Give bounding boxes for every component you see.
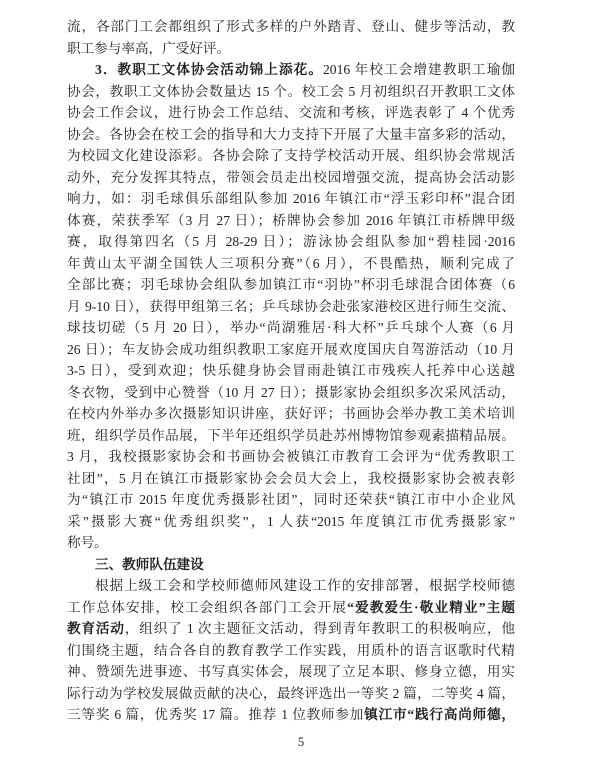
text-line: 26 日）；车友协会成功组织教职工家庭开展欢度国庆自驾游活动（10 月	[67, 339, 515, 361]
text-line: 赛，取得第四名（5 月 28-29 日）；游泳协会组队参加“碧桂园·2016	[67, 231, 515, 253]
text-segment: 年黄山太平湖全国铁人三项积分赛”（6 月），不畏酷热，顺利完成了	[67, 256, 515, 271]
text-line: 协会。各协会在校工会的指导和大力支持下开展了大量丰富多彩的活动，	[67, 124, 515, 146]
text-segment: 们围绕主题，结合各自的教育教学工作实践，用质朴的语言讴歌时代精	[67, 643, 515, 658]
text-line: 三等奖 6 篇，优秀奖 17 篇。推荐 1 位教师参加镇江市“践行高尚师德，	[67, 704, 515, 726]
text-line: 流，各部门工会都组织了形式多样的户外踏青、登山、健步等活动，教	[67, 16, 515, 38]
text-segment: 根据上级工会和学校师德师风建设工作的安排部署，根据学校师德	[95, 578, 515, 593]
text-segment: 职工参与率高，广受好评。	[67, 41, 230, 56]
text-segment: ，组织了 1 次主题征文活动，得到青年教职工的积极响应，他	[125, 621, 515, 636]
text-segment: 赛，取得第四名（5 月 28-29 日）；游泳协会组队参加“碧桂园·2016	[67, 234, 515, 249]
text-segment: 工作总体安排，校工会组织各部门工会开展	[67, 600, 347, 615]
text-line: 为“镇江市 2015 年度优秀摄影社团”，同时还荣获“镇江市中小企业风	[67, 489, 515, 511]
text-line: 在校内外举办多次摄影知识讲座，获好评；书画协会举办教工美术培训	[67, 403, 515, 425]
text-line: 协会工作会议，进行协会工作总结、交流和考核，评选表彰了 4 个优秀	[67, 102, 515, 124]
text-segment: 为校园文化建设添彩。各协会除了支持学校活动开展、组织协会常规活	[67, 148, 515, 163]
text-segment: 协会，教职工文体协会数量达 15 个。校工会 5 月初组织召开教职工文体	[67, 84, 515, 99]
document-body: 流，各部门工会都组织了形式多样的户外踏青、登山、健步等活动，教职工参与率高，广受…	[67, 16, 515, 726]
text-line: 协会，教职工文体协会数量达 15 个。校工会 5 月初组织召开教职工文体	[67, 81, 515, 103]
text-segment: 冬衣物，受到中心赞誉（10 月 27 日）；摄影家协会组织多次采风活动，	[67, 385, 515, 400]
text-segment: 协会工作会议，进行协会工作总结、交流和考核，评选表彰了 4 个优秀	[67, 105, 515, 120]
text-segment: 26 日）；车友协会成功组织教职工家庭开展欢度国庆自驾游活动（10 月	[67, 342, 515, 357]
bold-text-segment: 三、教师队伍建设	[95, 557, 204, 572]
text-line: 际行动为学校发展做贡献的决心，最终评选出一等奖 2 篇，二等奖 4 篇，	[67, 683, 515, 705]
text-line: 3 月，我校摄影家协会和书画协会被镇江市教育工会评为“优秀教职工	[67, 446, 515, 468]
text-line: 全部比赛；羽毛球协会组队参加镇江市“羽协”杯羽毛球混合团体赛（6	[67, 274, 515, 296]
text-segment: 3 月，我校摄影家协会和书画协会被镇江市教育工会评为“优秀教职工	[67, 449, 515, 464]
text-line: 们围绕主题，结合各自的教育教学工作实践，用质朴的语言讴歌时代精	[67, 640, 515, 662]
page-number: 5	[0, 735, 602, 750]
text-line: 工作总体安排，校工会组织各部门工会开展“爱教爱生·敬业精业”主题	[67, 597, 515, 619]
text-segment: 神、赞颂先进事迹、书写真实体会，展现了立足本职、修身立德，用实	[67, 664, 515, 679]
text-line: 3-5 日），受到欢迎；快乐健身协会冒雨赴镇江市残疾人托养中心送越	[67, 360, 515, 382]
text-line: 班，组织学员作品展，下半年还组织学员赴苏州博物馆参观素描精品展。	[67, 425, 515, 447]
text-segment: 采”摄影大赛“优秀组织奖”，1 人获“2015 年度镇江市优秀摄影家”	[67, 514, 515, 529]
text-segment: 际行动为学校发展做贡献的决心，最终评选出一等奖 2 篇，二等奖 4 篇，	[67, 686, 515, 701]
text-segment: 全部比赛；羽毛球协会组队参加镇江市“羽协”杯羽毛球混合团体赛（6	[67, 277, 515, 292]
text-line: 教育活动，组织了 1 次主题征文活动，得到青年教职工的积极响应，他	[67, 618, 515, 640]
text-segment: 动外，充分发挥其特点，带领会员走出校园增强交流，提高协会活动影	[67, 170, 515, 185]
text-line: 响力，如：羽毛球俱乐部组队参加 2016 年镇江市“浮玉彩印杯”混合团	[67, 188, 515, 210]
text-segment: 协会。各协会在校工会的指导和大力支持下开展了大量丰富多彩的活动，	[67, 127, 515, 142]
text-segment: 班，组织学员作品展，下半年还组织学员赴苏州博物馆参观素描精品展。	[67, 428, 515, 443]
text-line: 球技切磋（5 月 20 日），举办“尚湖雅居·科大杯”乒乓球个人赛（6 月	[67, 317, 515, 339]
text-segment: 球技切磋（5 月 20 日），举办“尚湖雅居·科大杯”乒乓球个人赛（6 月	[67, 320, 515, 335]
text-line: 神、赞颂先进事迹、书写真实体会，展现了立足本职、修身立德，用实	[67, 661, 515, 683]
text-segment: 3-5 日），受到欢迎；快乐健身协会冒雨赴镇江市残疾人托养中心送越	[67, 363, 515, 378]
text-segment: 在校内外举办多次摄影知识讲座，获好评；书画协会举办教工美术培训	[67, 406, 515, 421]
text-line: 采”摄影大赛“优秀组织奖”，1 人获“2015 年度镇江市优秀摄影家”	[67, 511, 515, 533]
text-line: 动外，充分发挥其特点，带领会员走出校园增强交流，提高协会活动影	[67, 167, 515, 189]
text-line: 月 9-10 日），获得甲组第三名；乒乓球协会赴张家港校区进行师生交流、	[67, 296, 515, 318]
text-line: 为校园文化建设添彩。各协会除了支持学校活动开展、组织协会常规活	[67, 145, 515, 167]
text-segment: 响力，如：羽毛球俱乐部组队参加 2016 年镇江市“浮玉彩印杯”混合团	[67, 191, 515, 206]
text-segment: 为“镇江市 2015 年度优秀摄影社团”，同时还荣获“镇江市中小企业风	[67, 492, 515, 507]
text-line: 职工参与率高，广受好评。	[67, 38, 515, 60]
bold-text-segment: “爱教爱生·敬业精业”主题	[347, 600, 515, 615]
text-line: 根据上级工会和学校师德师风建设工作的安排部署，根据学校师德	[67, 575, 515, 597]
text-line: 三、教师队伍建设	[67, 554, 515, 576]
text-segment: 三等奖 6 篇，优秀奖 17 篇。推荐 1 位教师参加	[67, 707, 364, 722]
document-page: 流，各部门工会都组织了形式多样的户外踏青、登山、健步等活动，教职工参与率高，广受…	[0, 0, 602, 758]
bold-text-segment: 3．教职工文体协会活动锦上添花。	[95, 62, 323, 77]
bold-text-segment: 教育活动	[67, 621, 125, 636]
text-line: 年黄山太平湖全国铁人三项积分赛”（6 月），不畏酷热，顺利完成了	[67, 253, 515, 275]
text-segment: 月 9-10 日），获得甲组第三名；乒乓球协会赴张家港校区进行师生交流、	[67, 299, 515, 314]
text-line: 社团”，5 月在镇江市摄影家协会会员大会上，我校摄影家协会被表彰	[67, 468, 515, 490]
text-line: 冬衣物，受到中心赞誉（10 月 27 日）；摄影家协会组织多次采风活动，	[67, 382, 515, 404]
text-segment: 体赛，荣获季军（3 月 27 日）；桥牌协会参加 2016 年镇江市桥牌甲级	[67, 213, 515, 228]
text-line: 体赛，荣获季军（3 月 27 日）；桥牌协会参加 2016 年镇江市桥牌甲级	[67, 210, 515, 232]
text-line: 3．教职工文体协会活动锦上添花。2016 年校工会增建教职工瑜伽	[67, 59, 515, 81]
text-segment: 流，各部门工会都组织了形式多样的户外踏青、登山、健步等活动，教	[67, 19, 515, 34]
text-line: 称号。	[67, 532, 515, 554]
text-segment: 社团”，5 月在镇江市摄影家协会会员大会上，我校摄影家协会被表彰	[67, 471, 515, 486]
text-segment: 2016 年校工会增建教职工瑜伽	[323, 62, 515, 77]
text-segment: 称号。	[67, 535, 108, 550]
bold-text-segment: 镇江市“践行高尚师德，	[364, 707, 515, 722]
